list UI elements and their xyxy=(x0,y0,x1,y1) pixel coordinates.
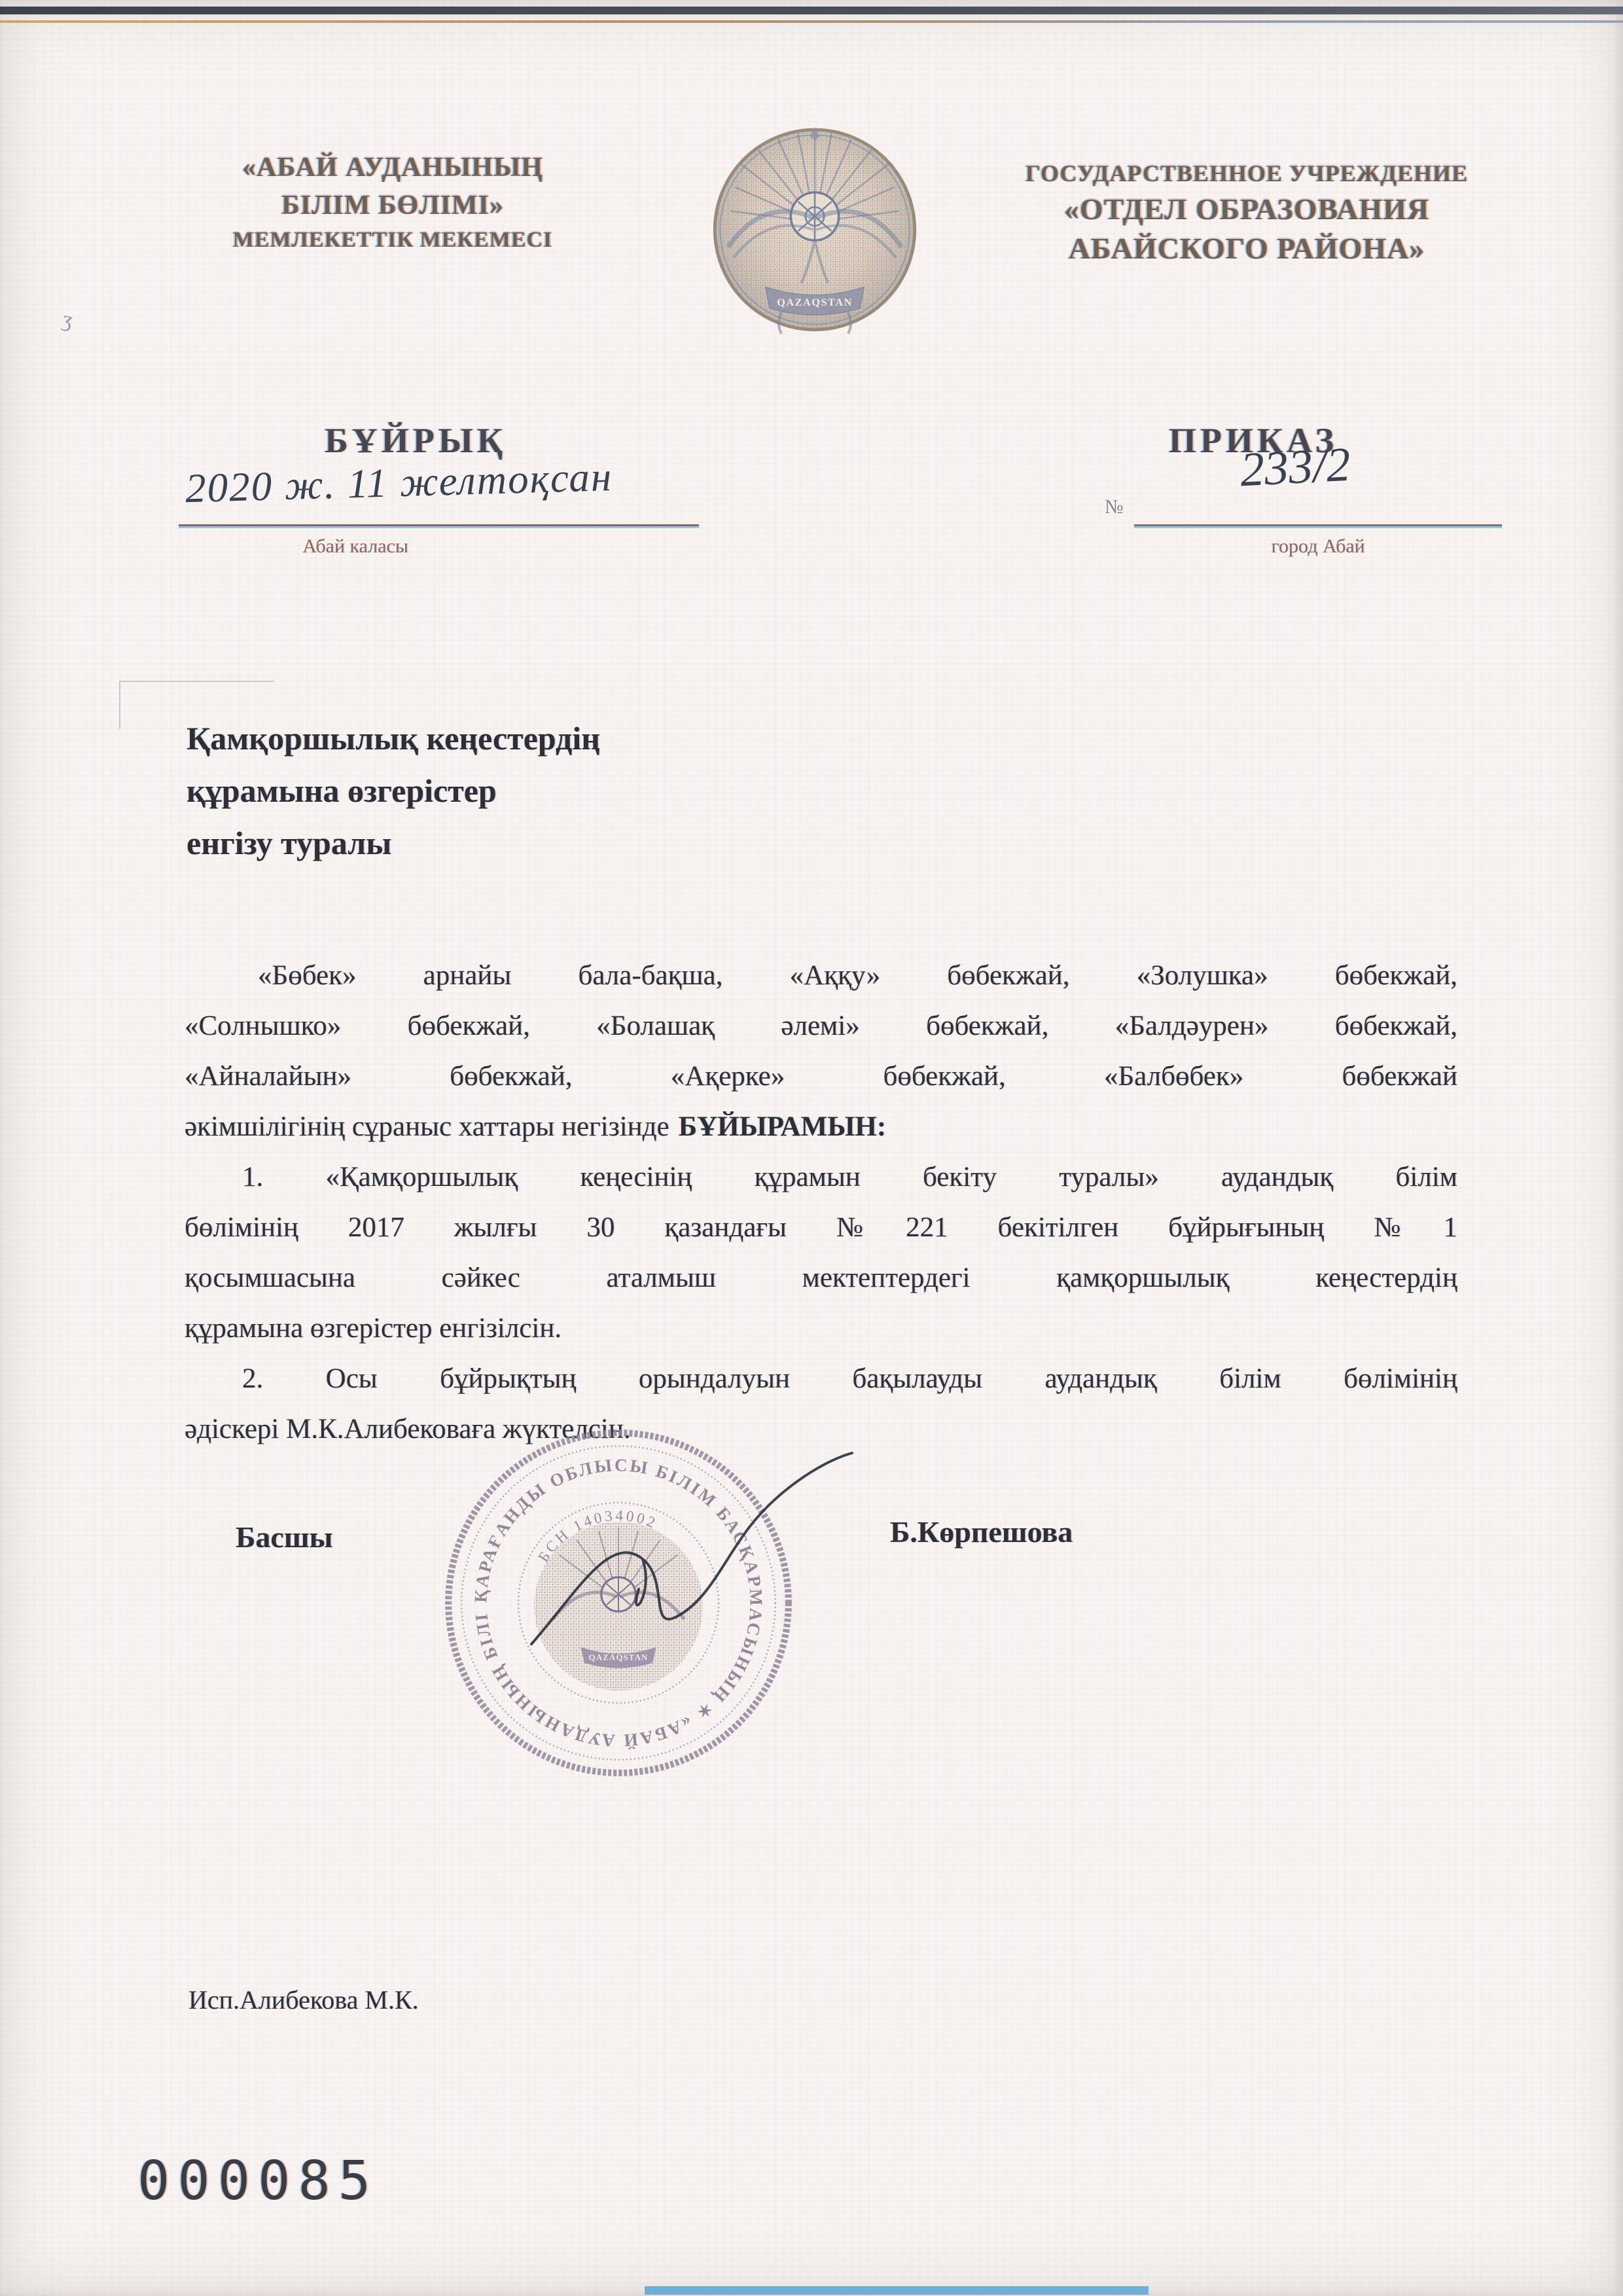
number-sign: № xyxy=(1105,496,1124,518)
handwritten-date: 2020 ж. 11 желтоқсан xyxy=(185,449,762,513)
letterhead-russian: ГОСУДАРСТВЕННОЕ УЧРЕЖДЕНИЕ «ОТДЕЛ ОБРАЗО… xyxy=(975,158,1518,269)
scan-artifact-top-line xyxy=(0,20,1623,23)
kazakhstan-coat-of-arms: QAZAQSTAN xyxy=(702,117,928,343)
body-line: 2. Осы бұйрықтың орындалуын бақылауды ау… xyxy=(185,1354,1457,1404)
body-line: «Бөбек» арнайы бала-бақша, «Аққу» бөбекж… xyxy=(185,950,1457,1001)
page-number-stamp: 000085 xyxy=(137,2150,378,2212)
org-name-kk-line3: МЕМЛЕКЕТТІК МЕКЕМЕСІ xyxy=(164,225,622,256)
scan-artifact-bottom-strip xyxy=(645,2286,1149,2295)
body-line: «Солнышко» бөбекжай, «Болашақ әлемі» бөб… xyxy=(185,1001,1457,1051)
number-underline xyxy=(1134,524,1502,526)
body-line: 1. «Қамқоршылық кеңесінің құрамын бекіту… xyxy=(185,1152,1457,1202)
body-line-text: әкімшілігінің сұраныс хаттары негізінде xyxy=(185,1111,669,1142)
signatory-name: Б.Көрпешова xyxy=(890,1515,1073,1549)
handwritten-order-number: 233/2 xyxy=(1239,437,1352,499)
body-line: бөлімінің 2017 жылғы 30 қазандағы №221 б… xyxy=(185,1202,1457,1253)
body-line: құрамына өзгерістер енгізілсін. xyxy=(185,1303,1457,1354)
emblem-banner-text: QAZAQSTAN xyxy=(777,296,853,308)
body-line: әкімшілігінің сұраныс хаттары негізіндеБ… xyxy=(185,1102,1457,1152)
city-label-russian: город Абай xyxy=(1134,535,1502,558)
order-subject: Қамқоршылық кеңестердің құрамына өзгеріс… xyxy=(187,712,841,869)
letterhead-kazakh: «АБАЙ АУДАНЫНЫҢ БІЛІМ БӨЛІМІ» МЕМЛЕКЕТТІ… xyxy=(164,149,622,256)
order-body: «Бөбек» арнайы бала-бақша, «Аққу» бөбекж… xyxy=(185,950,1457,1454)
org-name-ru-line2: «ОТДЕЛ ОБРАЗОВАНИЯ xyxy=(975,190,1518,230)
executor-note: Исп.Алибекова М.К. xyxy=(188,1984,419,2015)
pen-mark: ʒ xyxy=(60,307,76,334)
org-name-kk-line2: БІЛІМ БӨЛІМІ» xyxy=(164,187,622,225)
subject-line3: енгізу туралы xyxy=(187,817,841,869)
org-name-ru-line1: ГОСУДАРСТВЕННОЕ УЧРЕЖДЕНИЕ xyxy=(975,158,1518,190)
body-line: қосымшасына сәйкес аталмыш мектептердегі… xyxy=(185,1253,1457,1303)
org-name-kk-line1: «АБАЙ АУДАНЫНЫҢ xyxy=(164,149,622,187)
scan-artifact-top-band xyxy=(0,7,1623,14)
handwritten-signature xyxy=(505,1428,872,1677)
subject-line1: Қамқоршылық кеңестердің xyxy=(187,712,841,764)
subject-line2: құрамына өзгерістер xyxy=(187,764,841,817)
body-line: «Айналайын» бөбекжай, «Ақерке» бөбекжай,… xyxy=(185,1051,1457,1102)
order-verb: БҰЙЫРАМЫН: xyxy=(679,1111,887,1142)
order-title-kazakh: БҰЙРЫҚ xyxy=(275,420,556,461)
city-label-kazakh: Абай каласы xyxy=(185,535,526,558)
scanned-order-document: ʒ «АБАЙ АУДАНЫНЫҢ БІЛІМ БӨЛІМІ» МЕМЛЕКЕТ… xyxy=(0,0,1623,2296)
date-underline xyxy=(179,524,699,526)
emblem-shanyrak xyxy=(791,192,838,240)
org-name-ru-line3: АБАЙСКОГО РАЙОНА» xyxy=(975,229,1518,269)
signatory-position: Басшы xyxy=(236,1520,333,1554)
